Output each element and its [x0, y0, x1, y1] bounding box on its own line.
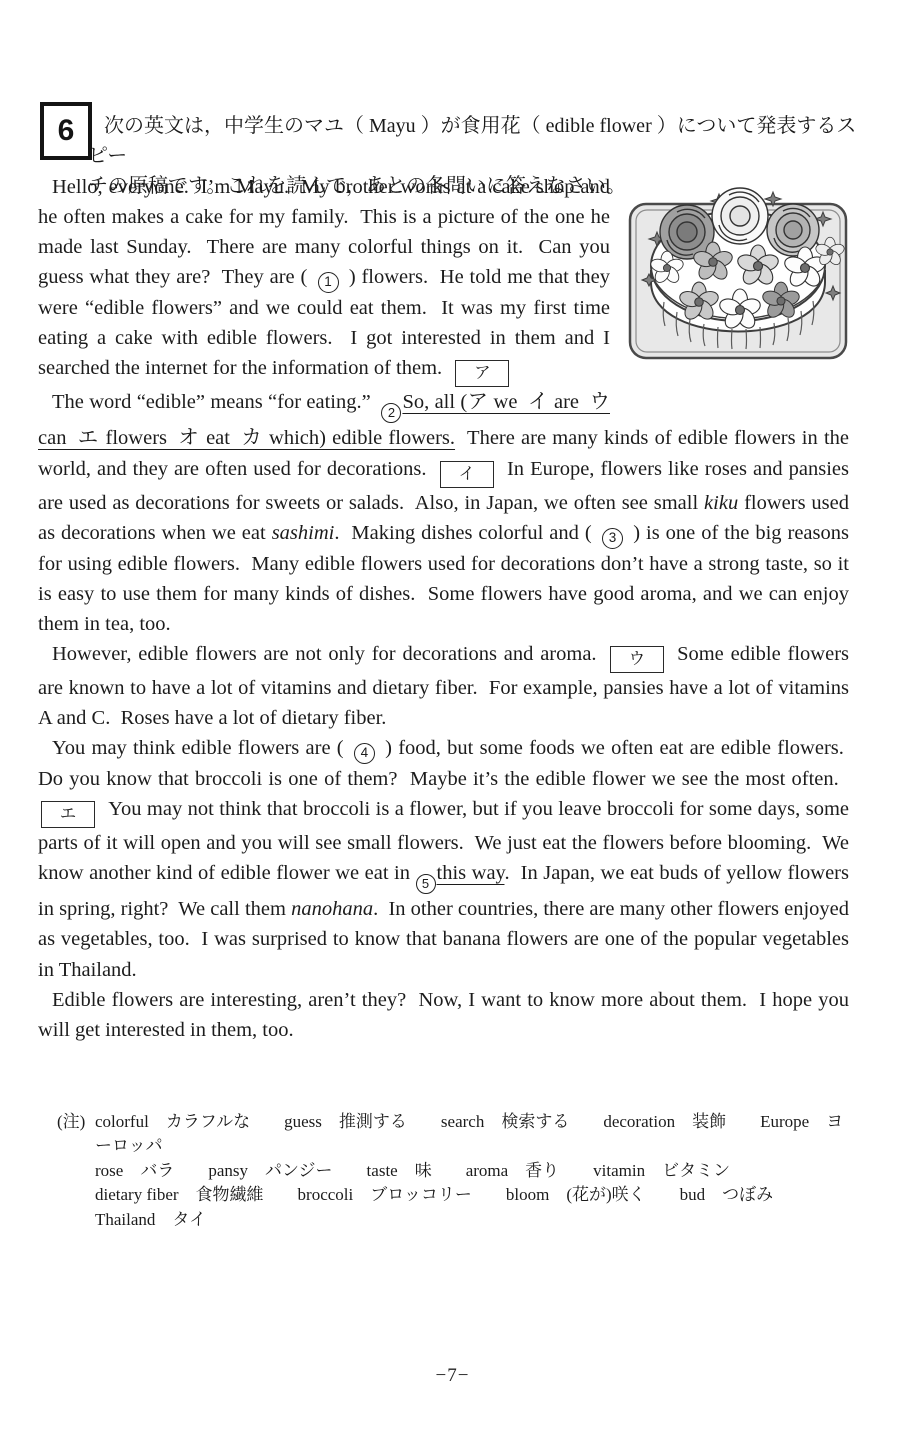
notes-lines: colorful カラフルな guess 推測する search 検索する de…	[95, 1110, 855, 1232]
text-run: You may think edible flowers are (	[52, 737, 354, 759]
text-run: . Making dishes colorful and (	[334, 522, 602, 544]
blank-circled-4: 4	[354, 743, 375, 764]
insert-box-e: エ	[41, 801, 95, 828]
paragraph-3: However, edible flowers are not only for…	[38, 639, 849, 733]
insert-box-a: ア	[455, 360, 509, 387]
notes-line-3: dietary fiber 食物繊維 broccoli ブロッコリー bloom…	[95, 1183, 855, 1232]
rose-white	[712, 188, 768, 244]
underline-marker-2: 2	[381, 403, 401, 423]
paragraph-4: You may think edible flowers are ( 4 ) f…	[38, 733, 849, 984]
paragraph-2: The word “edible” means “for eating.” 2S…	[38, 387, 849, 638]
cake-illustration	[627, 170, 849, 362]
question-number: 6	[58, 114, 75, 148]
rose-gray	[767, 204, 819, 256]
insert-box-i: イ	[440, 461, 494, 488]
blank-circled-3: 3	[602, 528, 623, 549]
question-number-box: 6	[40, 102, 92, 160]
vocabulary-notes: (注) colorful カラフルな guess 推測する search 検索す…	[57, 1110, 855, 1232]
notes-label: (注)	[57, 1110, 95, 1232]
underlined-this-way: this way	[437, 862, 505, 884]
italic-kiku: kiku	[704, 492, 738, 514]
paragraph-5: Edible flowers are interesting, aren’t t…	[38, 985, 849, 1045]
text-run: Edible flowers are interesting, aren’t t…	[38, 989, 849, 1041]
underline-marker-5: 5	[416, 874, 436, 894]
insert-box-u: ウ	[610, 646, 664, 673]
notes-line-2: rose バラ pansy パンジー taste 味 aroma 香り vita…	[95, 1159, 855, 1183]
text-run: The word “edible” means “for eating.”	[52, 391, 381, 413]
instruction-line-1: 次の英文は，中学生のマユ（ Mayu ）が食用花（ edible flower …	[88, 111, 863, 171]
cake-drawing	[627, 170, 849, 362]
blank-circled-1: 1	[318, 272, 339, 293]
italic-sashimi: sashimi	[272, 522, 335, 544]
page-number: −7−	[0, 1365, 905, 1387]
text-run: However, edible flowers are not only for…	[52, 643, 607, 665]
speech-text: Hello, everyone. I’m Mayu. My brother wo…	[38, 172, 849, 1045]
notes-line-1: colorful カラフルな guess 推測する search 検索する de…	[95, 1110, 855, 1159]
italic-nanohana: nanohana	[291, 898, 373, 920]
